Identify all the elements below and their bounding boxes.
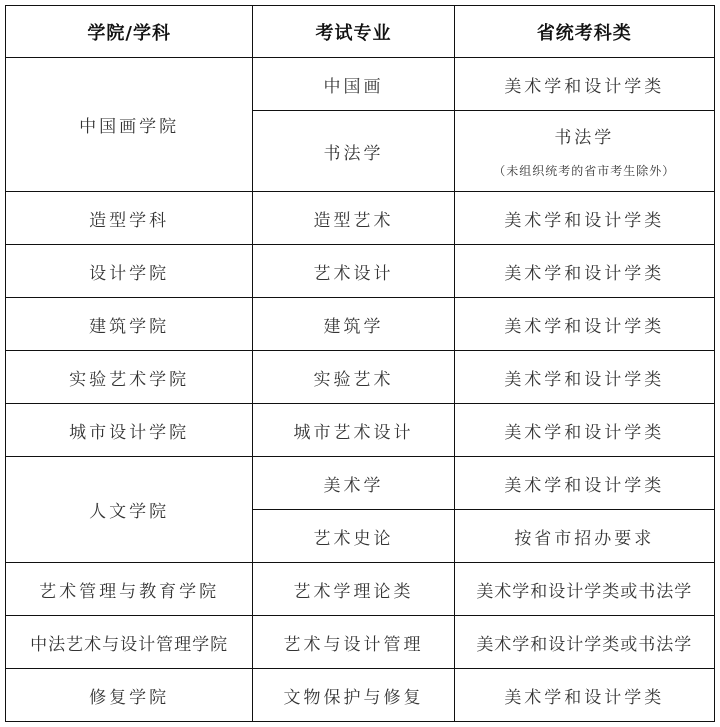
table-row: 艺术管理与教育学院 艺术学理论类 美术学和设计学类或书法学 (6, 563, 715, 616)
header-row: 学院/学科 考试专业 省统考科类 (6, 6, 715, 58)
major-cell: 书法学 (253, 111, 454, 192)
table-row: 造型学科 造型艺术 美术学和设计学类 (6, 192, 715, 245)
table-row: 人文学院 美术学 美术学和设计学类 (6, 457, 715, 510)
category-note: （未组织统考的省市考生除外） (455, 162, 714, 179)
header-college: 学院/学科 (6, 6, 253, 58)
category-cell: 美术学和设计学类 (454, 192, 714, 245)
table-row: 中法艺术与设计管理学院 艺术与设计管理 美术学和设计学类或书法学 (6, 616, 715, 669)
table-row: 中国画学院 中国画 美术学和设计学类 (6, 58, 715, 111)
college-cell: 人文学院 (6, 457, 253, 563)
major-cell: 造型艺术 (253, 192, 454, 245)
category-cell: 美术学和设计学类或书法学 (454, 616, 714, 669)
major-cell: 实验艺术 (253, 351, 454, 404)
major-cell: 建筑学 (253, 298, 454, 351)
category-cell: 美术学和设计学类 (454, 298, 714, 351)
category-cell: 美术学和设计学类 (454, 351, 714, 404)
college-cell: 城市设计学院 (6, 404, 253, 457)
college-cell: 修复学院 (6, 669, 253, 722)
category-cell: 美术学和设计学类 (454, 404, 714, 457)
table-row: 修复学院 文物保护与修复 美术学和设计学类 (6, 669, 715, 722)
category-cell: 美术学和设计学类 (454, 457, 714, 510)
major-cell: 文物保护与修复 (253, 669, 454, 722)
major-cell: 艺术与设计管理 (253, 616, 454, 669)
category-cell: 按省市招办要求 (454, 510, 714, 563)
major-cell: 艺术设计 (253, 245, 454, 298)
category-cell: 美术学和设计学类 (454, 669, 714, 722)
college-cell: 设计学院 (6, 245, 253, 298)
major-cell: 美术学 (253, 457, 454, 510)
category-cell: 美术学和设计学类 (454, 245, 714, 298)
major-cell: 中国画 (253, 58, 454, 111)
college-cell: 艺术管理与教育学院 (6, 563, 253, 616)
header-major: 考试专业 (253, 6, 454, 58)
admissions-table: 学院/学科 考试专业 省统考科类 中国画学院 中国画 美术学和设计学类 书法学 … (5, 5, 715, 722)
college-cell: 中法艺术与设计管理学院 (6, 616, 253, 669)
college-cell: 建筑学院 (6, 298, 253, 351)
table-row: 实验艺术学院 实验艺术 美术学和设计学类 (6, 351, 715, 404)
major-cell: 艺术学理论类 (253, 563, 454, 616)
major-cell: 艺术史论 (253, 510, 454, 563)
category-cell: 美术学和设计学类或书法学 (454, 563, 714, 616)
college-cell: 中国画学院 (6, 58, 253, 192)
category-cell: 书法学 （未组织统考的省市考生除外） (454, 111, 714, 192)
table-row: 设计学院 艺术设计 美术学和设计学类 (6, 245, 715, 298)
table-row: 建筑学院 建筑学 美术学和设计学类 (6, 298, 715, 351)
table-row: 城市设计学院 城市艺术设计 美术学和设计学类 (6, 404, 715, 457)
category-text: 书法学 (455, 123, 714, 148)
major-cell: 城市艺术设计 (253, 404, 454, 457)
college-cell: 造型学科 (6, 192, 253, 245)
header-category: 省统考科类 (454, 6, 714, 58)
category-cell: 美术学和设计学类 (454, 58, 714, 111)
college-cell: 实验艺术学院 (6, 351, 253, 404)
